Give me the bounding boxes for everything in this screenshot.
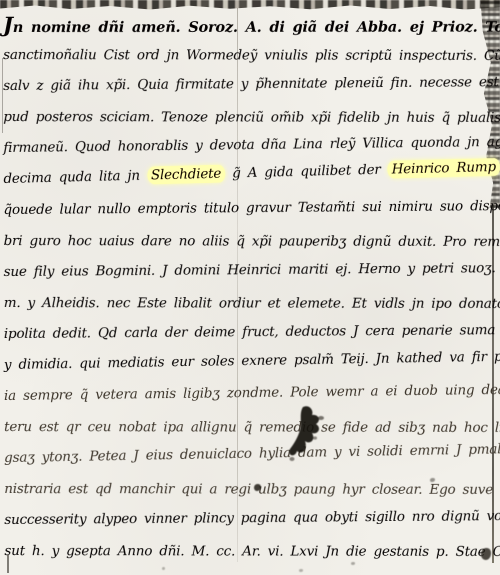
- manuscript-line: salv z giã ihu xp̃i. Quia firmitate y p̃…: [3, 67, 497, 102]
- manuscript-text-segment: pud posteros sciciam. Tenoze plenciũ om̃…: [3, 109, 500, 126]
- manuscript-line: sut h. y gsepta Anno dñi. M. cc. Ar. vi.…: [4, 536, 498, 568]
- manuscript-line: ia sempre q̃ vetera amis ligibʒ zondme. …: [4, 375, 498, 412]
- manuscript-text-segment: sut h. y gsepta Anno dñi. M. cc. Ar. vi.…: [4, 543, 500, 560]
- manuscript-text-segment: sanctimoñaliu Cist ord jn Wormedeỹ vniul…: [3, 47, 500, 64]
- manuscript-line: sue fily eius Bogmini. J domini Heinrici…: [4, 253, 498, 288]
- manuscript-text-segment: salv z giã ihu xp̃i. Quia firmitate y p̃…: [3, 74, 500, 94]
- manuscript-page: Jn nomine dñi ameñ. Soroz. A. di giã dei…: [0, 0, 500, 575]
- manuscript-text-segment: nistraria est qd manchir qui a regi ulbʒ…: [4, 481, 500, 498]
- ink-blot-shape: [282, 404, 330, 466]
- manuscript-line: q̃ouede lular nullo emptoris titulo grav…: [3, 191, 497, 226]
- manuscript-text-segment: teru est qr ceu nobat ipa allignu q̃ rem…: [4, 419, 500, 436]
- ink-speck: [299, 569, 303, 572]
- highlighted-text: Heinrico Rump: [387, 158, 500, 179]
- ink-blot: [282, 404, 330, 466]
- manuscript-text-segment: ia sempre q̃ vetera amis ligibʒ zondme. …: [4, 381, 500, 404]
- manuscript-text-segment: bri guro hoc uaius dare no aliis q̃ xp̃i…: [4, 233, 500, 250]
- scan-mark-bottom-left: [7, 555, 9, 573]
- manuscript-text-segment: firmaneũ. Quod honorablis y devota dña L…: [3, 133, 500, 156]
- manuscript-line: successerity alypeo vinner plincy pagina…: [4, 501, 498, 536]
- manuscript-text-segment: gsaʒ ytonʒ. Petea J eius denuiclaco hyli…: [4, 441, 500, 466]
- manuscript-text-segment: g̃ A gida quilibet der: [225, 162, 388, 182]
- manuscript-text-segment: ipolita dedit. Qd carla der deime fruct,…: [4, 321, 500, 342]
- manuscript-text-segment: sue fily eius Bogmini. J domini Heinrici…: [4, 260, 500, 280]
- highlighted-text: Slechdiete: [147, 165, 226, 185]
- manuscript-text-segment: successerity alypeo vinner plincy pagina…: [4, 507, 500, 528]
- manuscript-text-segment: Jn nomine dñi ameñ. Soroz. A. di giã dei…: [3, 18, 500, 36]
- manuscript-text: Jn nomine dñi ameñ. Soroz. A. di giã dei…: [3, 8, 498, 567]
- manuscript-line: Jn nomine dñi ameñ. Soroz. A. di giã dei…: [3, 9, 497, 40]
- ink-speck: [162, 567, 165, 570]
- manuscript-text-segment: decima quda lita jn: [3, 167, 147, 187]
- manuscript-text-segment: y dimidia. qui mediatis eur soles exnere…: [4, 347, 500, 373]
- manuscript-text-segment: q̃ouede lular nullo emptoris titulo grav…: [3, 198, 500, 218]
- manuscript-text-segment: m. y Alheidis. nec Este libalit ordiur e…: [4, 295, 500, 312]
